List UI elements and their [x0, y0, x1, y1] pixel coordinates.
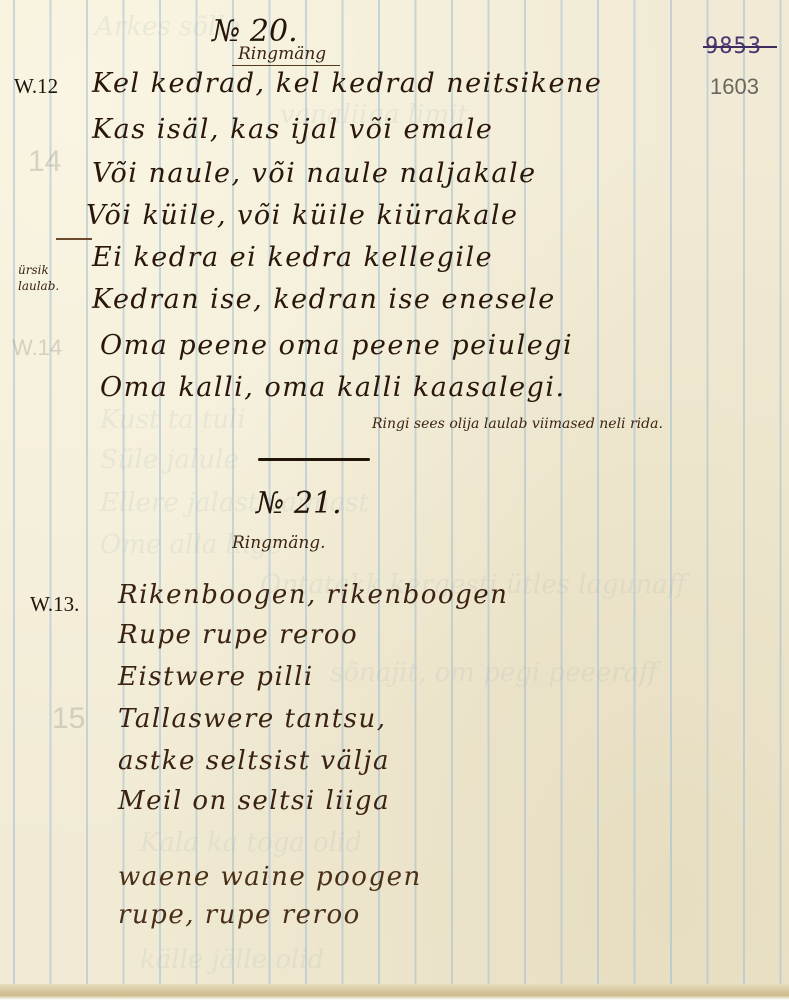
verse-line: Või küile, või küile kiürakale	[86, 200, 518, 231]
manuscript-page: Arkes sõlle vanaliiga limit Kust ta tuli…	[0, 0, 789, 1000]
pencil-margin-mark: 15	[52, 702, 85, 736]
verse-line: Rikenboogen, rikenboogen	[118, 580, 508, 610]
verse-line: astke seltsist välja	[118, 746, 390, 776]
verse-line: Oma peene oma peene peiulegi	[100, 330, 573, 361]
song-subtitle: Ringmäng	[232, 44, 340, 66]
performance-footnote: Ringi sees olija laulab viimased neli ri…	[372, 416, 663, 432]
section-divider	[258, 458, 370, 461]
pencil-margin-mark: W.14	[12, 335, 62, 361]
verse-line: Oma kalli, oma kalli kaasalegi.	[100, 372, 566, 403]
page-bottom-edge	[0, 984, 789, 1000]
margin-note-line: laulab.	[18, 278, 59, 294]
section-marker-rule	[56, 238, 92, 240]
margin-note: ürsik laulab.	[18, 262, 59, 294]
song-subtitle: Ringmäng.	[232, 533, 326, 553]
song-number-heading: № 21.	[256, 486, 342, 521]
verse-line: Kas isäl, kas ijal või emale	[92, 114, 493, 145]
margin-note-line: ürsik	[18, 262, 59, 278]
bleedthrough-text: källe jälle olid	[140, 945, 324, 975]
pencil-margin-mark: 14	[28, 145, 61, 179]
verse-line: waene waine poogen	[118, 862, 422, 892]
verse-line: Kedran ise, kedran ise enesele	[92, 284, 556, 315]
stamp-strikethrough	[703, 46, 777, 48]
verse-line: Kel kedrad, kel kedrad neitsikene	[92, 68, 602, 99]
verse-line: Või naule, või naule naljakale	[92, 158, 537, 189]
verse-line: Meil on seltsi liiga	[118, 786, 390, 816]
bleedthrough-text: Kala ka toga olid	[140, 828, 362, 858]
verse-line: rupe, rupe reroo	[118, 900, 361, 930]
bleedthrough-text: sõnajit, om pegi peeeraff	[330, 658, 658, 688]
verse-line: Eistwere pilli	[118, 662, 314, 692]
variant-label: W.12	[14, 74, 58, 99]
verse-line: Ei kedra ei kedra kellegile	[92, 242, 493, 273]
pencil-page-number: 1603	[710, 74, 759, 100]
bleedthrough-text: Süle jalule	[100, 445, 239, 475]
verse-line: Rupe rupe reroo	[118, 620, 358, 650]
verse-line: Tallaswere tantsu,	[118, 704, 387, 734]
bleedthrough-text: Kust ta tuli	[100, 405, 246, 435]
variant-label: W.13.	[30, 592, 79, 617]
